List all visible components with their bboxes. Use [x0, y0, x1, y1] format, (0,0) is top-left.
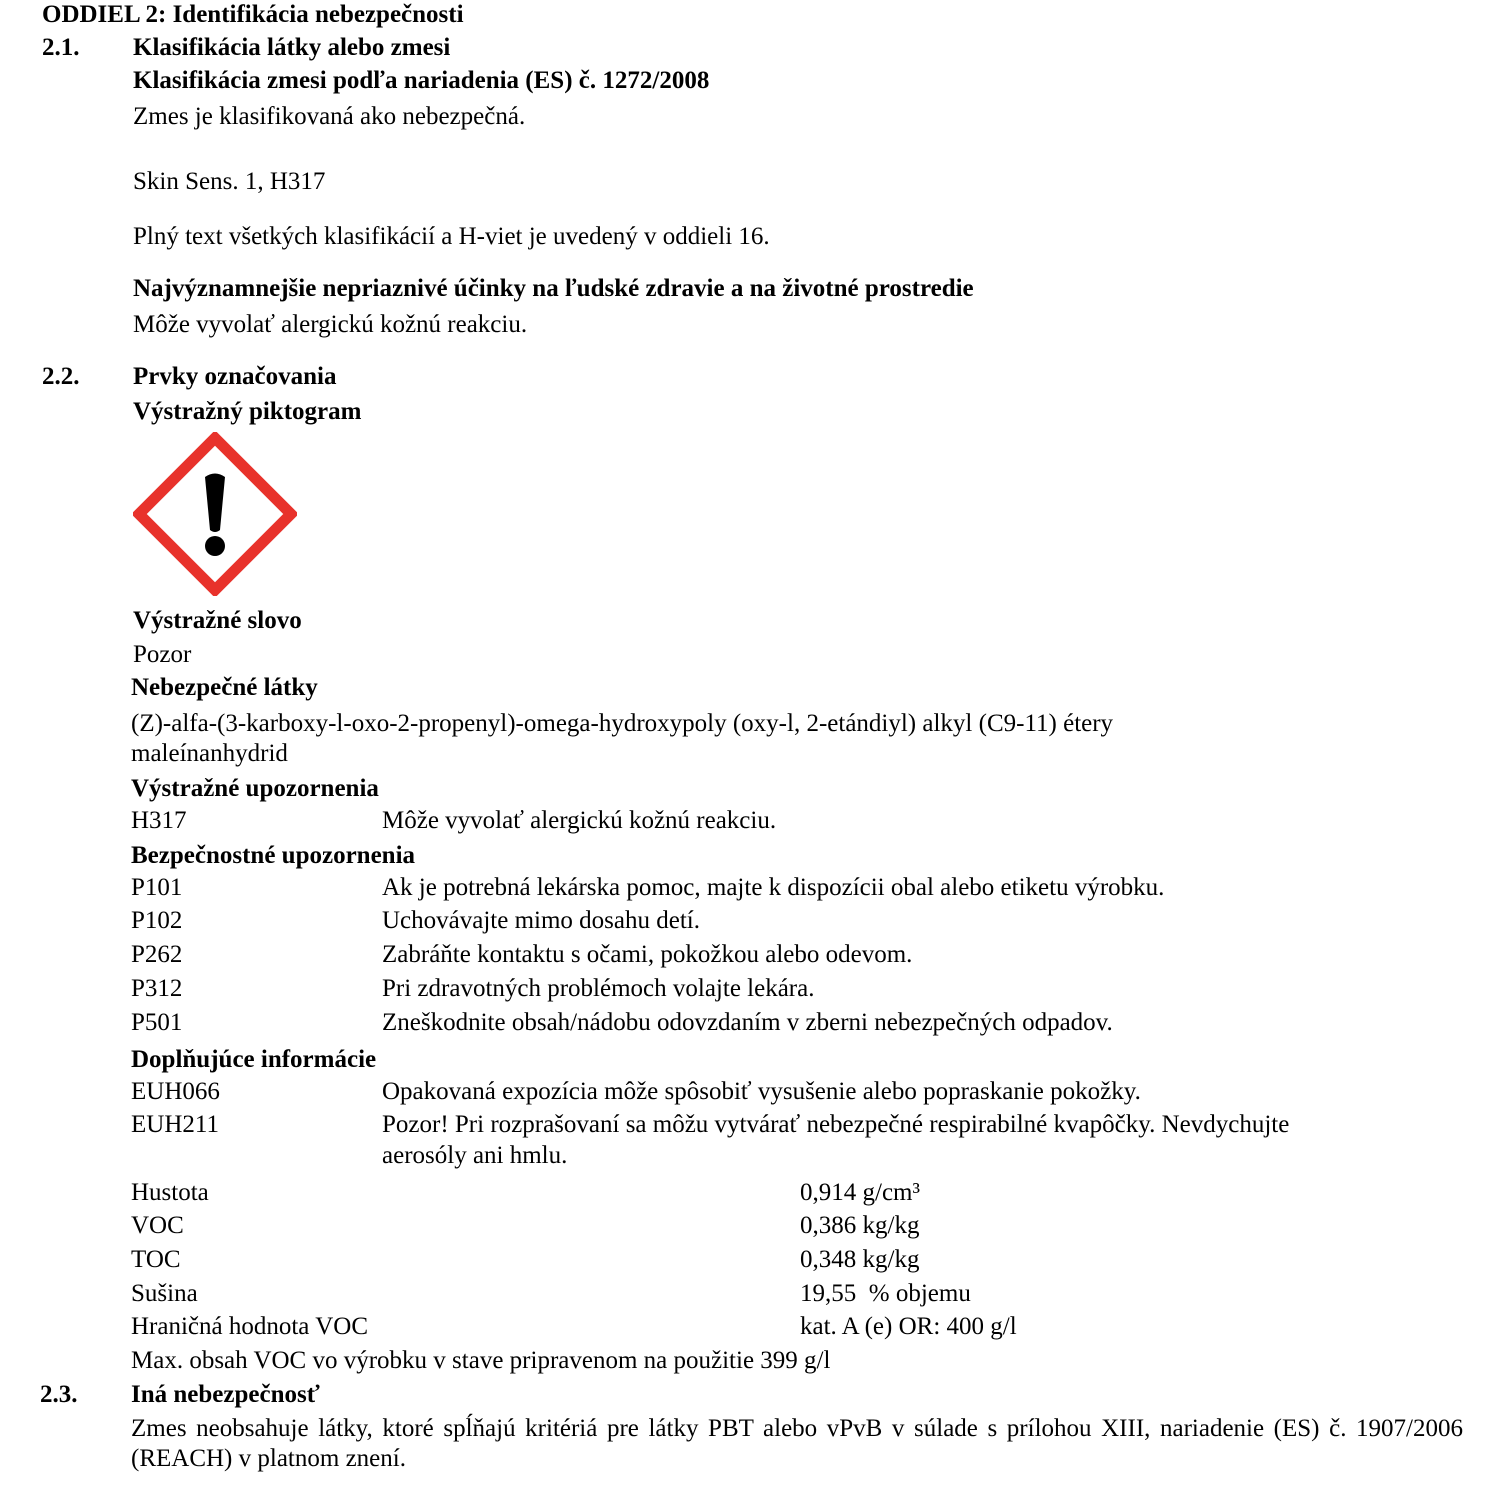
ghs07-exclamation-mark-icon [133, 432, 297, 596]
hazard-statements-heading: Výstražné upozornenia [131, 774, 379, 804]
classification-statement: Zmes je klasifikovaná ako nebezpečná. [133, 102, 525, 132]
property-value: 0,348 kg/kg [800, 1245, 919, 1275]
property-label: Hustota [131, 1178, 209, 1208]
hazardous-substance-item: (Z)-alfa-(3-karboxy-l-oxo-2-propenyl)-om… [131, 709, 1113, 739]
adverse-effects-text: Môže vyvolať alergickú kožnú reakciu. [133, 310, 527, 340]
hazardous-substance-item: maleínanhydrid [131, 739, 288, 769]
precautionary-text: Zabráňte kontaktu s očami, pokožkou aleb… [382, 940, 912, 970]
subsection-number-2-2: 2.2. [42, 362, 80, 392]
max-voc-note: Max. obsah VOC vo výrobku v stave pripra… [131, 1346, 830, 1376]
property-label: Sušina [131, 1279, 198, 1309]
property-value: 19,55 % objemu [800, 1279, 971, 1309]
supplemental-text-continued: aerosóly ani hmlu. [382, 1141, 567, 1171]
full-text-note: Plný text všetkých klasifikácií a H-viet… [133, 222, 770, 252]
other-hazards-text: Zmes neobsahuje látky, ktoré spĺňajú kri… [131, 1414, 1463, 1474]
classification-value: Skin Sens. 1, H317 [133, 167, 325, 197]
precautionary-code: P102 [131, 906, 182, 936]
hazard-code: H317 [131, 806, 187, 836]
precautionary-text: Uchovávajte mimo dosahu detí. [382, 906, 700, 936]
precautionary-code: P262 [131, 940, 182, 970]
property-label: TOC [131, 1245, 181, 1275]
subsection-number-2-1: 2.1. [42, 33, 80, 63]
supplemental-code: EUH066 [131, 1077, 220, 1107]
precautionary-code: P501 [131, 1008, 182, 1038]
precautionary-text: Ak je potrebná lekárska pomoc, majte k d… [382, 873, 1164, 903]
precautionary-code: P101 [131, 873, 182, 903]
property-value: 0,386 kg/kg [800, 1211, 919, 1241]
signal-word: Pozor [133, 640, 191, 670]
subsection-title-2-2: Prvky označovania [133, 362, 336, 392]
property-value: kat. A (e) OR: 400 g/l [800, 1312, 1017, 1342]
hazardous-substances-heading: Nebezpečné látky [131, 673, 318, 703]
precautionary-text: Pri zdravotných problémoch volajte lekár… [382, 974, 814, 1004]
subsection-number-2-3: 2.3. [40, 1380, 78, 1410]
subsection-title-2-3: Iná nebezpečnosť [131, 1380, 320, 1410]
classification-regulation-heading: Klasifikácia zmesi podľa nariadenia (ES)… [133, 66, 709, 96]
property-label: Hraničná hodnota VOC [131, 1312, 368, 1342]
supplemental-text: Opakovaná expozícia môže spôsobiť vysuše… [382, 1077, 1141, 1107]
precautionary-text: Zneškodnite obsah/nádobu odovzdaním v zb… [382, 1008, 1113, 1038]
precautionary-code: P312 [131, 974, 182, 1004]
property-label: VOC [131, 1211, 184, 1241]
pictogram-heading: Výstražný piktogram [133, 397, 361, 427]
signal-word-heading: Výstražné slovo [133, 606, 302, 636]
subsection-title-2-1: Klasifikácia látky alebo zmesi [133, 33, 450, 63]
hazard-text: Môže vyvolať alergickú kožnú reakciu. [382, 806, 776, 836]
precautionary-heading: Bezpečnostné upozornenia [131, 841, 415, 871]
supplemental-text: Pozor! Pri rozprašovaní sa môžu vytvárať… [382, 1110, 1289, 1140]
adverse-effects-heading: Najvýznamnejšie nepriaznivé účinky na ľu… [133, 274, 974, 304]
supplemental-code: EUH211 [131, 1110, 219, 1140]
property-value: 0,914 g/cm³ [800, 1178, 920, 1208]
supplemental-heading: Doplňujúce informácie [131, 1045, 376, 1075]
section-title: ODDIEL 2: Identifikácia nebezpečnosti [42, 0, 464, 30]
